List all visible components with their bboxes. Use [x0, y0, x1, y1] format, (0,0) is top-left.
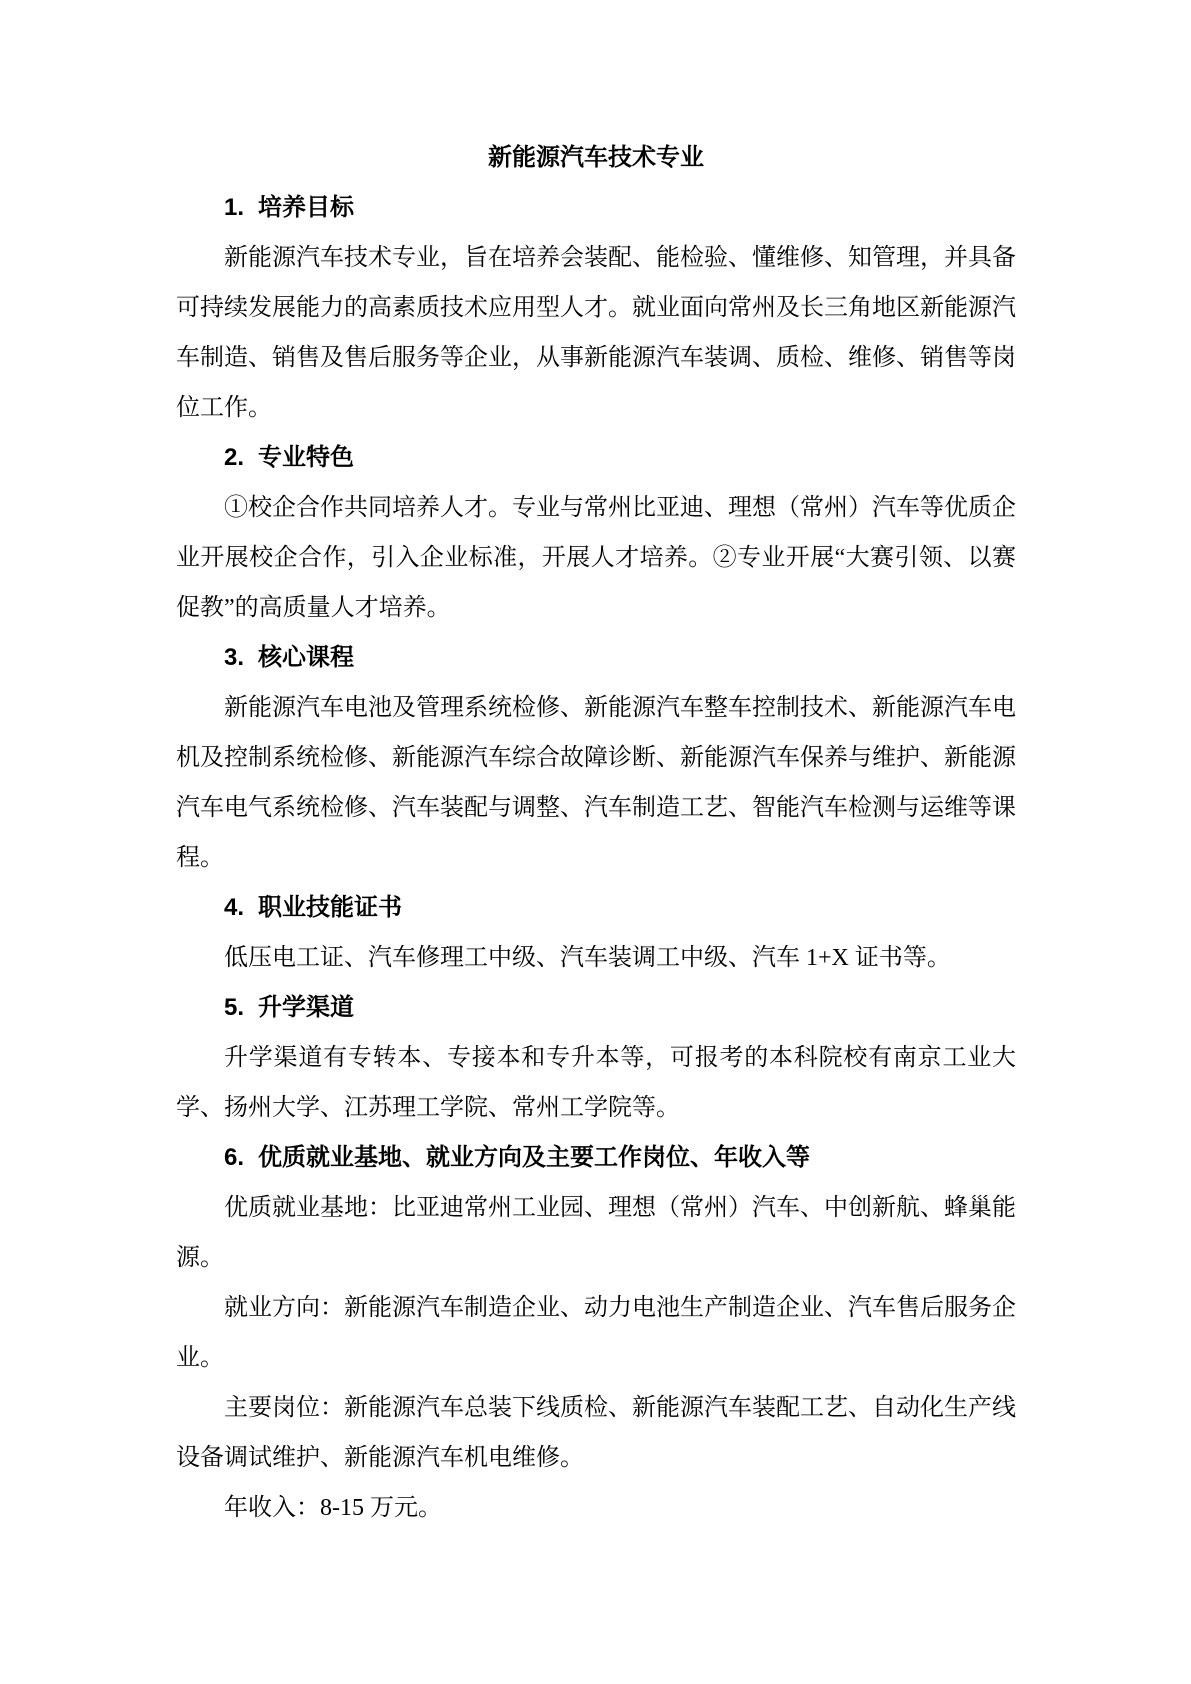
- section-number-1: 1.: [224, 194, 244, 221]
- paragraph-training-goals: 新能源汽车技术专业，旨在培养会装配、能检验、懂维修、知管理，并具备可持续发展能力…: [176, 233, 1016, 433]
- paragraph-employment-direction: 就业方向：新能源汽车制造企业、动力电池生产制造企业、汽车售后服务企业。: [176, 1283, 1016, 1383]
- section-major-features: 2.专业特色 ①校企合作共同培养人才。专业与常州比亚迪、理想（常州）汽车等优质企…: [176, 433, 1016, 633]
- paragraph-core-courses: 新能源汽车电池及管理系统检修、新能源汽车整车控制技术、新能源汽车电机及控制系统检…: [176, 683, 1016, 883]
- section-employment: 6.优质就业基地、就业方向及主要工作岗位、年收入等 优质就业基地：比亚迪常州工业…: [176, 1133, 1016, 1533]
- section-heading-text-4: 职业技能证书: [258, 894, 402, 921]
- section-heading-text-1: 培养目标: [258, 194, 354, 221]
- section-number-3: 3.: [224, 644, 244, 671]
- paragraph-employment-bases: 优质就业基地：比亚迪常州工业园、理想（常州）汽车、中创新航、蜂巢能源。: [176, 1183, 1016, 1283]
- section-number-6: 6.: [224, 1144, 244, 1171]
- document-title: 新能源汽车技术专业: [176, 133, 1016, 183]
- paragraph-certificates: 低压电工证、汽车修理工中级、汽车装调工中级、汽车 1+X 证书等。: [176, 933, 1016, 983]
- section-number-2: 2.: [224, 444, 244, 471]
- section-heading-3: 3.核心课程: [176, 633, 1016, 683]
- document-page: 新能源汽车技术专业 1.培养目标 新能源汽车技术专业，旨在培养会装配、能检验、懂…: [0, 0, 1191, 1684]
- section-number-5: 5.: [224, 994, 244, 1021]
- section-heading-text-5: 升学渠道: [258, 994, 354, 1021]
- section-core-courses: 3.核心课程 新能源汽车电池及管理系统检修、新能源汽车整车控制技术、新能源汽车电…: [176, 633, 1016, 883]
- paragraph-annual-income: 年收入：8-15 万元。: [176, 1483, 1016, 1533]
- section-further-study: 5.升学渠道 升学渠道有专转本、专接本和专升本等，可报考的本科院校有南京工业大学…: [176, 983, 1016, 1133]
- section-heading-5: 5.升学渠道: [176, 983, 1016, 1033]
- section-number-4: 4.: [224, 894, 244, 921]
- paragraph-further-study: 升学渠道有专转本、专接本和专升本等，可报考的本科院校有南京工业大学、扬州大学、江…: [176, 1033, 1016, 1133]
- section-heading-2: 2.专业特色: [176, 433, 1016, 483]
- paragraph-major-features: ①校企合作共同培养人才。专业与常州比亚迪、理想（常州）汽车等优质企业开展校企合作…: [176, 483, 1016, 633]
- section-training-goals: 1.培养目标 新能源汽车技术专业，旨在培养会装配、能检验、懂维修、知管理，并具备…: [176, 183, 1016, 433]
- section-heading-text-2: 专业特色: [258, 444, 354, 471]
- section-heading-6: 6.优质就业基地、就业方向及主要工作岗位、年收入等: [176, 1133, 1016, 1183]
- section-heading-text-6: 优质就业基地、就业方向及主要工作岗位、年收入等: [258, 1144, 810, 1171]
- section-heading-4: 4.职业技能证书: [176, 883, 1016, 933]
- section-heading-1: 1.培养目标: [176, 183, 1016, 233]
- section-certificates: 4.职业技能证书 低压电工证、汽车修理工中级、汽车装调工中级、汽车 1+X 证书…: [176, 883, 1016, 983]
- section-heading-text-3: 核心课程: [258, 644, 354, 671]
- paragraph-main-positions: 主要岗位：新能源汽车总装下线质检、新能源汽车装配工艺、自动化生产线设备调试维护、…: [176, 1383, 1016, 1483]
